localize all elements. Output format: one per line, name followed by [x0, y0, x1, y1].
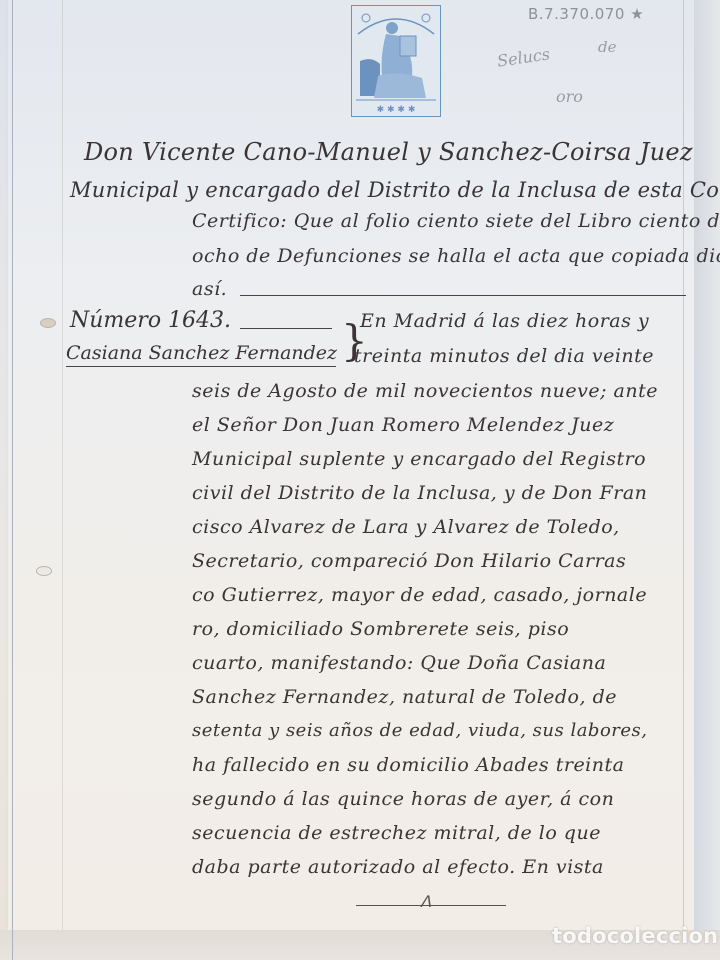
- body-line: setenta y seis años de edad, viuda, sus …: [192, 720, 648, 741]
- flourish-mark-icon: ᐱ: [420, 892, 431, 911]
- body-line: Municipal suplente y encargado del Regis…: [192, 448, 646, 470]
- body-line: daba parte autorizado al efecto. En vist…: [192, 856, 604, 878]
- body-line: treinta minutos del dia veinte: [354, 345, 654, 367]
- deceased-name: Casiana Sanchez Fernandez: [66, 342, 337, 364]
- header-line: así.: [192, 278, 227, 300]
- left-margin-line: [62, 0, 63, 930]
- divider-rule: [240, 328, 332, 329]
- stamp-figure-icon: ✱ ✱ ✱ ✱: [352, 6, 440, 116]
- name-underline: [66, 366, 336, 367]
- body-line: cisco Alvarez de Lara y Alvarez de Toled…: [192, 516, 620, 538]
- body-line: el Señor Don Juan Romero Melendez Juez: [192, 414, 614, 436]
- serial-number-text: B.7.370.070: [528, 5, 625, 23]
- revenue-stamp: ✱ ✱ ✱ ✱: [351, 5, 441, 117]
- watermark: todocoleccion: [552, 924, 718, 948]
- body-line: co Gutierrez, mayor de edad, casado, jor…: [192, 584, 647, 606]
- body-line: ha fallecido en su domicilio Abades trei…: [192, 754, 624, 776]
- body-line: seis de Agosto de mil novecientos nueve;…: [192, 380, 658, 402]
- punch-hole-icon: [36, 566, 52, 576]
- serial-number: B.7.370.070 ★: [528, 5, 644, 23]
- star-icon: ★: [630, 5, 644, 23]
- page-fold-line: [12, 0, 13, 960]
- body-line: secuencia de estrechez mitral, de lo que: [192, 822, 601, 844]
- entry-number: Número 1643.: [70, 308, 231, 333]
- pencil-annotation: oro: [556, 87, 583, 106]
- header-line: Don Vicente Cano-Manuel y Sanchez-Coirsa…: [84, 138, 693, 166]
- body-line: ro, domiciliado Sombrerete seis, piso: [192, 618, 569, 640]
- punch-hole-icon: [40, 318, 56, 328]
- body-line: cuarto, manifestando: Que Doña Casiana: [192, 652, 606, 674]
- background-edge: [694, 0, 720, 960]
- body-line: segundo á las quince horas de ayer, á co…: [192, 788, 614, 810]
- body-line: Sanchez Fernandez, natural de Toledo, de: [192, 686, 617, 708]
- header-line: Certifico: Que al folio ciento siete del…: [192, 210, 720, 232]
- divider-rule: [240, 295, 686, 296]
- pencil-annotation: de: [598, 38, 616, 56]
- body-line: Secretario, compareció Don Hilario Carra…: [192, 550, 626, 572]
- body-line: civil del Distrito de la Inclusa, y de D…: [192, 482, 647, 504]
- header-line: ocho de Defunciones se halla el acta que…: [192, 245, 720, 267]
- body-line: En Madrid á las diez horas y: [360, 310, 649, 332]
- svg-text:✱ ✱ ✱ ✱: ✱ ✱ ✱ ✱: [377, 105, 416, 115]
- end-flourish: [356, 905, 506, 906]
- header-line: Municipal y encargado del Distrito de la…: [70, 178, 720, 202]
